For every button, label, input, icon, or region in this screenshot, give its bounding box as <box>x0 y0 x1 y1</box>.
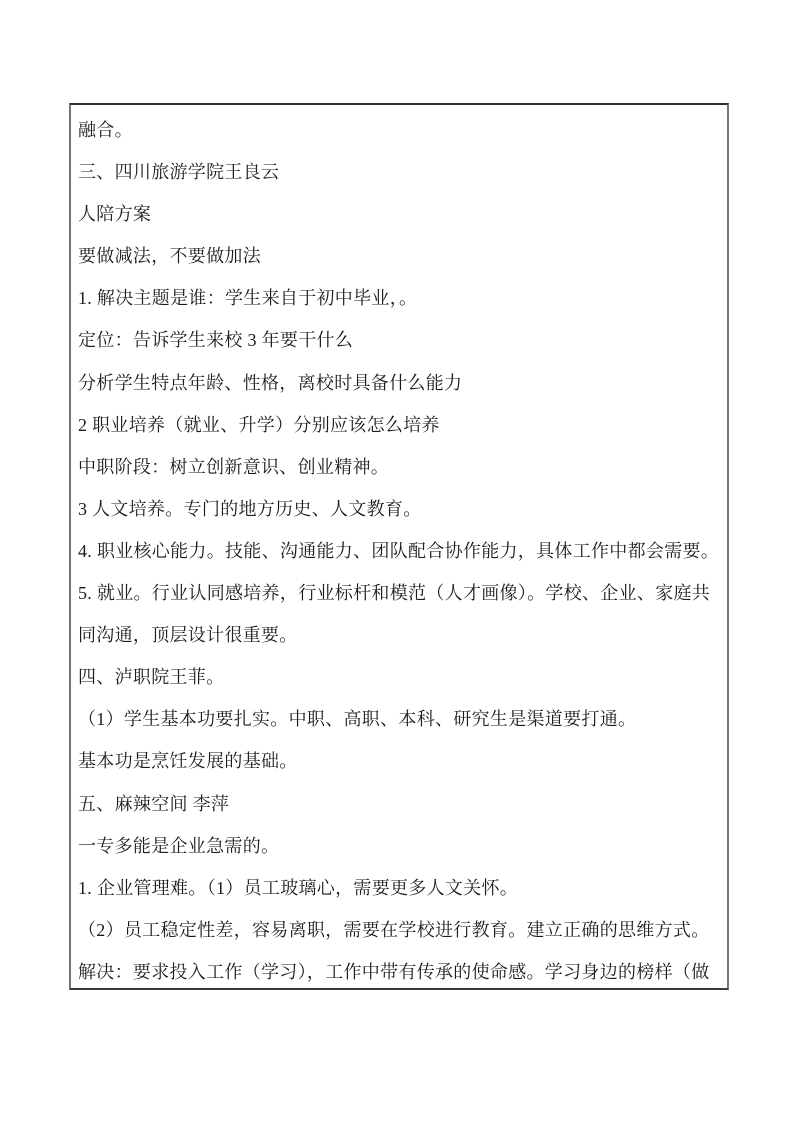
text-line: 5. 就业。行业认同感培养，行业标杆和模范（人才画像）。学校、企业、家庭共 <box>78 572 721 614</box>
text-line: 融合。 <box>78 109 721 151</box>
text-line: 分析学生特点年龄、性格，离校时具备什么能力 <box>78 362 721 404</box>
text-line: 同沟通，顶层设计很重要。 <box>78 614 721 656</box>
text-line: （2）员工稳定性差，容易离职，需要在学校进行教育。建立正确的思维方式。 <box>78 909 721 951</box>
text-line: （1）学生基本功要扎实。中职、高职、本科、研究生是渠道要打通。 <box>78 698 721 740</box>
text-line: 中职阶段：树立创新意识、创业精神。 <box>78 446 721 488</box>
text-line: 1. 解决主题是谁：学生来自于初中毕业，。 <box>78 277 721 319</box>
text-line: 五、麻辣空间 李萍 <box>78 783 721 825</box>
document-page: 融合。三、四川旅游学院王良云人陪方案要做减法，不要做加法1. 解决主题是谁：学生… <box>0 0 793 1122</box>
table-cell[interactable]: 融合。三、四川旅游学院王良云人陪方案要做减法，不要做加法1. 解决主题是谁：学生… <box>69 103 729 990</box>
text-line: 基本功是烹饪发展的基础。 <box>78 740 721 782</box>
text-line: 三、四川旅游学院王良云 <box>78 151 721 193</box>
text-line: 1. 企业管理难。（1）员工玻璃心，需要更多人文关怀。 <box>78 867 721 909</box>
text-line: 四、泸职院王菲。 <box>78 656 721 698</box>
text-line: 解决：要求投入工作（学习），工作中带有传承的使命感。学习身边的榜样（做 <box>78 951 721 990</box>
text-line: 一专多能是企业急需的。 <box>78 825 721 867</box>
text-line: 定位：告诉学生来校 3 年要干什么 <box>78 319 721 361</box>
text-line: 3 人文培养。专门的地方历史、人文教育。 <box>78 488 721 530</box>
text-line: 人陪方案 <box>78 193 721 235</box>
text-line: 要做减法，不要做加法 <box>78 235 721 277</box>
text-line: 4. 职业核心能力。技能、沟通能力、团队配合协作能力，具体工作中都会需要。 <box>78 530 721 572</box>
text-line: 2 职业培养（就业、升学）分别应该怎么培养 <box>78 404 721 446</box>
